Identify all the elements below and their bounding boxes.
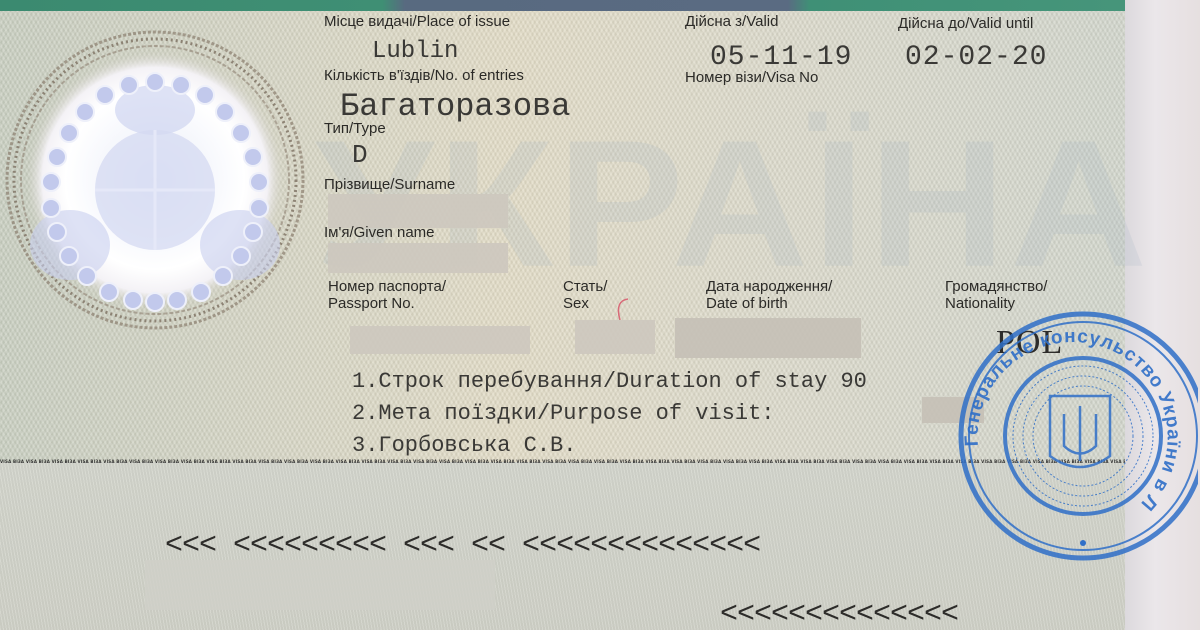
passport-no-label-uk: Номер паспорта/ [328, 278, 446, 295]
top-security-strip [0, 0, 1125, 11]
visa-no-label: Номер візи/Visa No [685, 69, 818, 86]
note-duration: 1.Строк перебування/Duration of stay 90 [352, 366, 867, 398]
passport-no-label-en: Passport No. [328, 295, 446, 312]
surname-redacted [328, 194, 508, 228]
dob-label-en: Date of birth [706, 295, 832, 312]
sex-label: Стать/ Sex [563, 278, 607, 312]
type-label: Тип/Type [324, 120, 386, 137]
place-of-issue-value: Lublin [372, 38, 458, 65]
dob-redacted [675, 318, 861, 358]
hologram-seal-icon [5, 30, 305, 330]
note-purpose: 2.Мета поїздки/Purpose of visit: [352, 398, 867, 430]
given-name-label: Ім'я/Given name [324, 224, 435, 241]
visa-notes: 1.Строк перебування/Duration of stay 90 … [352, 366, 867, 462]
valid-until-value: 02-02-20 [905, 42, 1047, 73]
valid-from-label: Дійсна з/Valid [685, 13, 778, 30]
place-of-issue-label: Місце видачі/Place of issue [324, 13, 510, 30]
sex-label-en: Sex [563, 295, 607, 312]
entries-label: Кількість в'їздів/No. of entries [324, 67, 524, 84]
passport-no-redacted [350, 326, 530, 354]
passport-no-label: Номер паспорта/ Passport No. [328, 278, 446, 312]
mrz-redacted [145, 560, 495, 610]
sex-redacted [575, 320, 655, 354]
valid-until-label: Дійсна до/Valid until [898, 15, 1033, 32]
type-value: D [352, 140, 368, 170]
nationality-label-uk: Громадянство/ [945, 278, 1047, 295]
mrz-line-1: <<< <<<<<<<<< <<< << <<<<<<<<<<<<<< [165, 529, 760, 563]
visa-page: УКРАЇНА [0, 0, 1200, 630]
consulate-stamp-icon: Генеральне консульство України в Любліні [938, 296, 1198, 566]
given-name-redacted [328, 243, 508, 273]
mrz-line-2: <<<<<<<<<<<<<< [720, 598, 958, 630]
sex-label-uk: Стать/ [563, 278, 607, 295]
dob-label: Дата народження/ Date of birth [706, 278, 832, 312]
dob-label-uk: Дата народження/ [706, 278, 832, 295]
surname-label: Прізвище/Surname [324, 176, 455, 193]
